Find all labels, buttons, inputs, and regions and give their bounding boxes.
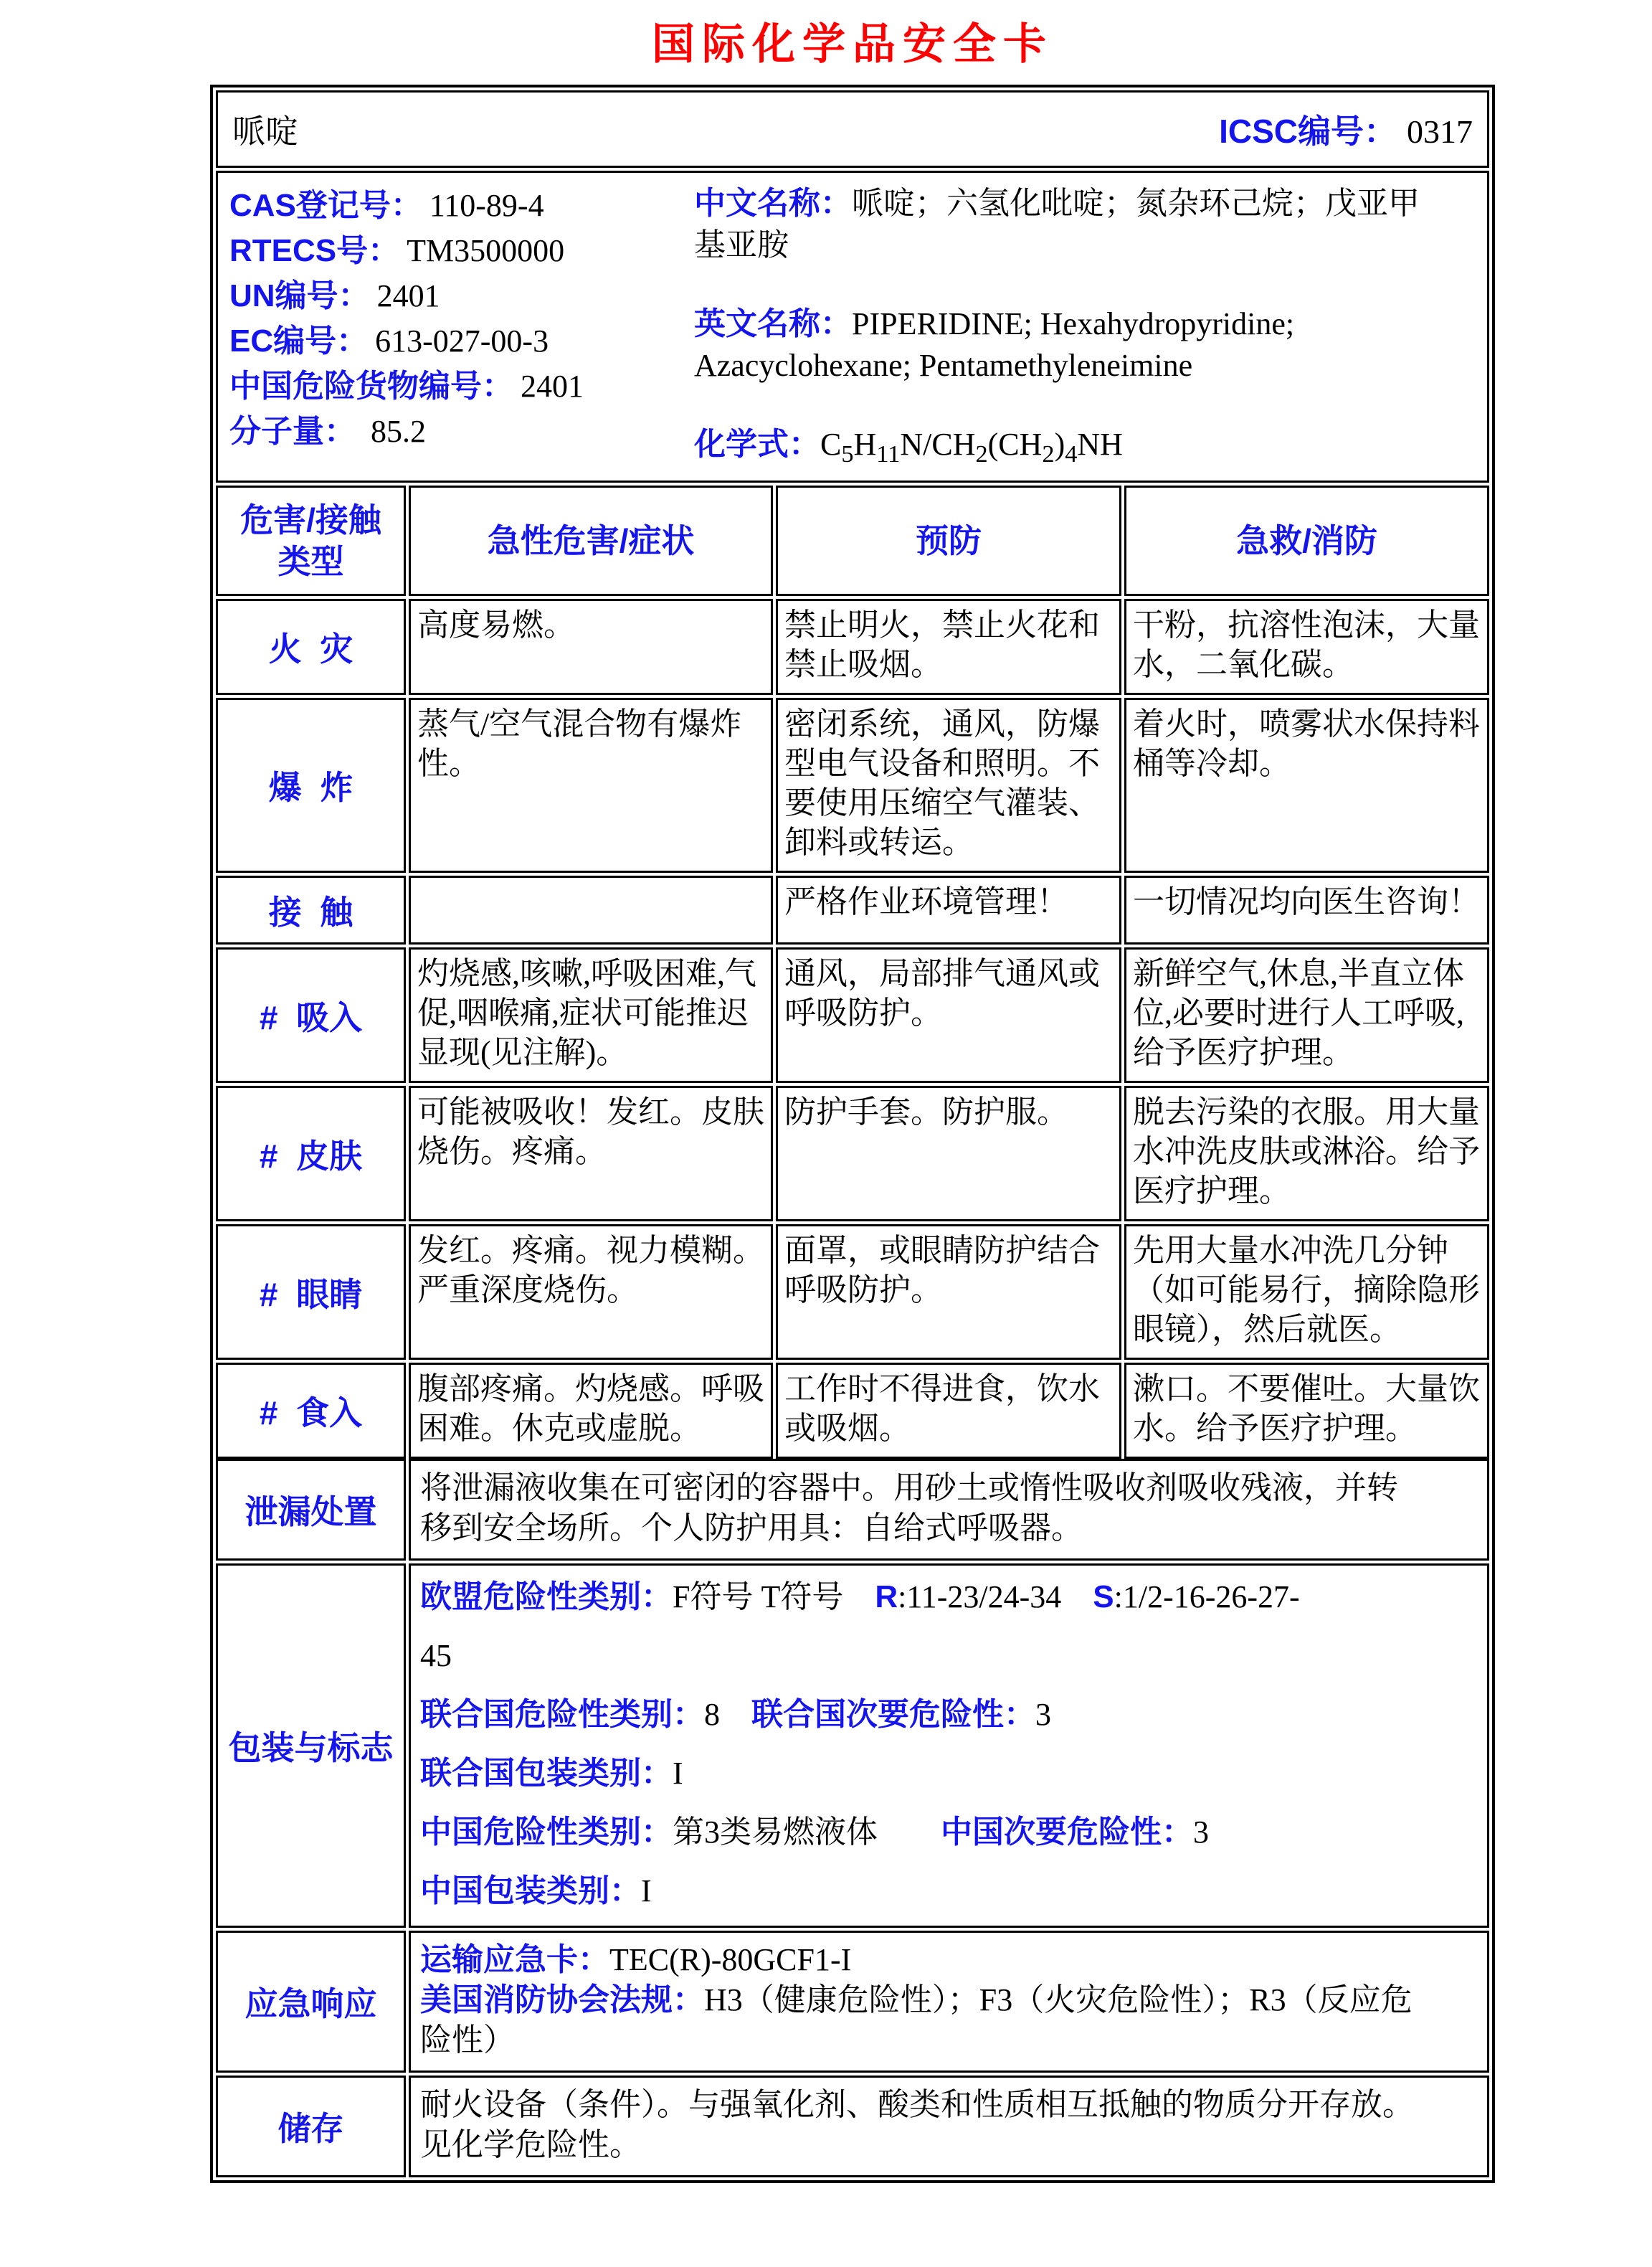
hazard-column-header: 急性危害/症状 [409,486,773,596]
response-cell: 先用大量水冲洗几分钟（如可能易行，摘除隐形眼镜），然后就医。 [1124,1224,1489,1360]
inline-label: R [875,1579,898,1614]
hazard-type-cell: 火 灾 [216,599,406,695]
symptom-cell: 发红。疼痛。视力模糊。严重深度烧伤。 [409,1224,773,1360]
response-cell: 一切情况均向医生咨询！ [1124,876,1489,945]
formula-subscript: 4 [1065,440,1077,468]
identifier-row: CAS登记号：110-89-4 [229,183,694,228]
formula-subscript: 11 [876,440,900,468]
hazard-row: 火 灾高度易燃。禁止明火，禁止火花和禁止吸烟。干粉，抗溶性泡沫，大量水，二氧化碳… [216,599,1489,695]
inline-text: 3 [1193,1814,1209,1850]
formula-label: 化学式： [694,427,820,462]
formula-segment: NH [1077,427,1123,462]
prevention-cell: 禁止明火，禁止火花和禁止吸烟。 [776,599,1121,695]
chinese-name-label: 中文名称： [694,186,852,221]
identifier-value: TM3500000 [407,233,564,268]
inline-label: 中国包装类别： [420,1873,641,1908]
section-label: 泄漏处置 [216,1459,406,1561]
inline-label: 美国消防协会法规： [420,1982,704,2017]
symptom-cell: 腹部疼痛。灼烧感。呼吸困难。休克或虚脱。 [409,1363,773,1459]
text-line: 将泄漏液收集在可密闭的容器中。用砂土或惰性吸收剂吸收残液，并转移到安全场所。个人… [420,1468,1415,1548]
section-content: 欧盟危险性类别：F符号 T符号 R:11-23/24-34 S:1/2-16-2… [409,1563,1489,1928]
response-cell: 漱口。不要催吐。大量饮水。给予医疗护理。 [1124,1363,1489,1459]
hazard-column-header: 急救/消防 [1124,486,1489,596]
inline-text: I [641,1873,652,1908]
section-row: 储存耐火设备（条件）。与强氧化剂、酸类和性质相互抵触的物质分开存放。见化学危险性… [216,2076,1489,2177]
inline-label: 中国危险性类别： [420,1814,673,1850]
inline-text: :11-23/24-34 [898,1579,1093,1614]
header-box: 哌啶 ICSC编号：0317 [216,90,1489,168]
inline-text: 45 [420,1638,452,1673]
prevention-cell: 工作时不得进食，饮水或吸烟。 [776,1363,1121,1459]
response-cell: 着火时，喷雾状水保持料桶等冷却。 [1124,698,1489,873]
hazard-row: 接 触严格作业环境管理！一切情况均向医生咨询！ [216,876,1489,945]
section-row: 应急响应运输应急卡：TEC(R)-80GCF1-I美国消防协会法规：H3（健康危… [216,1931,1489,2073]
formula-segment: C [820,427,841,462]
formula-subscript: 2 [975,440,987,468]
identifier-row: UN编号：2401 [229,273,694,318]
text-line: 欧盟危险性类别：F符号 T符号 R:11-23/24-34 S:1/2-16-2… [420,1577,1415,1617]
prevention-cell: 通风，局部排气通风或呼吸防护。 [776,947,1121,1083]
symptom-cell: 蒸气/空气混合物有爆炸性。 [409,698,773,873]
prevention-cell: 面罩，或眼睛防护结合呼吸防护。 [776,1224,1121,1360]
section-content: 运输应急卡：TEC(R)-80GCF1-I美国消防协会法规：H3（健康危险性）；… [409,1931,1489,2073]
section-row: 泄漏处置将泄漏液收集在可密闭的容器中。用砂土或惰性吸收剂吸收残液，并转移到安全场… [216,1459,1489,1561]
names-block: 中文名称：哌啶；六氢化吡啶；氮杂环己烷；戊亚甲基亚胺 英文名称：PIPERIDI… [694,183,1433,468]
formula-value: C5H11N/CH2(CH2)4NH [820,427,1123,462]
icsc-card: 哌啶 ICSC编号：0317 CAS登记号：110-89-4RTECS号：TM3… [210,85,1495,2183]
formula-segment: (CH [988,427,1043,462]
inline-label: 运输应急卡： [420,1942,609,1977]
hazard-row: # 吸入灼烧感,咳嗽,呼吸困难,气促,咽喉痛,症状可能推迟显现(见注解)。通风，… [216,947,1489,1083]
inline-label: 欧盟危险性类别： [420,1579,673,1614]
prevention-cell: 密闭系统，通风，防爆型电气设备和照明。不要使用压缩空气灌装、卸料或转运。 [776,698,1121,873]
hazard-row: # 皮肤可能被吸收！发红。皮肤烧伤。疼痛。防护手套。防护服。脱去污染的衣服。用大… [216,1086,1489,1221]
text-line: 美国消防协会法规：H3（健康危险性）；F3（火灾危险性）；R3（反应危险性） [420,1980,1415,2060]
inline-text: I [673,1756,683,1791]
response-cell: 脱去污染的衣服。用大量水冲洗皮肤或淋浴。给予医疗护理。 [1124,1086,1489,1221]
symptom-cell [409,876,773,945]
identifier-row: 分子量： 85.2 [229,409,694,454]
inline-label: S [1093,1579,1114,1614]
hazard-row: # 眼睛发红。疼痛。视力模糊。严重深度烧伤。面罩，或眼睛防护结合呼吸防护。先用大… [216,1224,1489,1360]
symptom-cell: 高度易燃。 [409,599,773,695]
text-line: 联合国危险性类别：8 联合国次要危险性：3 [420,1695,1415,1735]
chemical-formula: 化学式：C5H11N/CH2(CH2)4NH [694,424,1433,468]
formula-segment: ) [1055,427,1065,462]
prevention-cell: 防护手套。防护服。 [776,1086,1121,1221]
inline-text: 3 [1035,1697,1051,1732]
symptom-cell: 可能被吸收！发红。皮肤烧伤。疼痛。 [409,1086,773,1221]
header-row: 哌啶 ICSC编号：0317 [216,90,1489,168]
english-name: 英文名称：PIPERIDINE; Hexahydropyridine; Azac… [694,303,1433,387]
info-box: CAS登记号：110-89-4RTECS号：TM3500000UN编号：2401… [216,171,1489,483]
english-name-label: 英文名称： [694,306,852,341]
info-row: CAS登记号：110-89-4RTECS号：TM3500000UN编号：2401… [216,171,1489,483]
formula-segment: N/CH [900,427,975,462]
identifier-value: 85.2 [363,414,426,449]
hazard-type-cell: # 眼睛 [216,1224,406,1360]
identifier-label: RTECS号： [229,233,399,268]
inline-label: 中国次要危险性： [941,1814,1193,1850]
identifier-label: 中国危险货物编号： [229,369,513,404]
chinese-name: 中文名称：哌啶；六氢化吡啶；氮杂环己烷；戊亚甲基亚胺 [694,183,1433,266]
hazard-row: 爆 炸蒸气/空气混合物有爆炸性。密闭系统，通风，防爆型电气设备和照明。不要使用压… [216,698,1489,873]
inline-label: 联合国次要危险性： [751,1697,1035,1732]
substance-name: 哌啶 [232,105,298,153]
identifiers: CAS登记号：110-89-4RTECS号：TM3500000UN编号：2401… [229,183,694,468]
identifier-row: EC编号：613-027-00-3 [229,318,694,364]
identifier-row: RTECS号：TM3500000 [229,228,694,273]
hazard-column-header: 危害/接触 类型 [216,486,406,596]
response-cell: 干粉，抗溶性泡沫，大量水，二氧化碳。 [1124,599,1489,695]
inline-label: 联合国包装类别： [420,1756,673,1791]
prevention-cell: 严格作业环境管理！ [776,876,1121,945]
text-line: 45 [420,1636,1415,1676]
inline-text: 8 [704,1697,751,1732]
identifier-label: CAS登记号： [229,188,422,223]
hazard-type-cell: 接 触 [216,876,406,945]
icsc-value: 0317 [1407,113,1473,150]
formula-segment: H [854,427,877,462]
section-label: 包装与标志 [216,1563,406,1928]
hazard-table-header: 危害/接触 类型急性危害/症状预防急救/消防 [216,486,1489,596]
text-line: 运输应急卡：TEC(R)-80GCF1-I [420,1940,1415,1980]
hazard-rows: 火 灾高度易燃。禁止明火，禁止火花和禁止吸烟。干粉，抗溶性泡沫，大量水，二氧化碳… [216,599,1489,1459]
identifier-value: 613-027-00-3 [375,323,549,359]
hazard-type-cell: # 皮肤 [216,1086,406,1221]
section-label: 应急响应 [216,1931,406,2073]
identifier-label: UN编号： [229,278,370,313]
page-title: 国际化学品安全卡 [210,0,1495,72]
hazard-type-cell: # 吸入 [216,947,406,1083]
section-label: 储存 [216,2076,406,2177]
page: 国际化学品安全卡 哌啶 ICSC编号：0317 CAS登记号：110-89-4R… [0,0,1652,2267]
inline-text: 第3类易燃液体 [673,1814,941,1850]
inline-text: 耐火设备（条件）。与强氧化剂、酸类和性质相互抵触的物质分开存放。见化学危险性。 [420,2087,1414,2162]
identifier-label: 分子量： [229,414,356,449]
text-line: 中国包装类别：I [420,1871,1415,1911]
text-line: 耐火设备（条件）。与强氧化剂、酸类和性质相互抵触的物质分开存放。见化学危险性。 [420,2085,1415,2165]
text-line: 联合国包装类别：I [420,1754,1415,1794]
identifier-value: 110-89-4 [429,188,544,223]
identifier-value: 2401 [377,278,440,313]
inline-text: F符号 T符号 [673,1579,875,1614]
inline-text: TEC(R)-80GCF1-I [609,1942,851,1977]
formula-subscript: 5 [841,440,853,468]
inline-text: 将泄漏液收集在可密闭的容器中。用砂土或惰性吸收剂吸收残液，并转移到安全场所。个人… [420,1470,1398,1546]
text-line: 中国危险性类别：第3类易燃液体 中国次要危险性：3 [420,1812,1415,1852]
icsc-label: ICSC编号： [1219,113,1397,150]
hazard-row: # 食入腹部疼痛。灼烧感。呼吸困难。休克或虚脱。工作时不得进食，饮水或吸烟。漱口… [216,1363,1489,1459]
icsc-number: ICSC编号：0317 [1219,105,1473,153]
hazard-column-header: 预防 [776,486,1121,596]
inline-label: 联合国危险性类别： [420,1697,704,1732]
symptom-cell: 灼烧感,咳嗽,呼吸困难,气促,咽喉痛,症状可能推迟显现(见注解)。 [409,947,773,1083]
identifier-value: 2401 [521,369,584,404]
hazard-type-cell: # 食入 [216,1363,406,1459]
section-content: 耐火设备（条件）。与强氧化剂、酸类和性质相互抵触的物质分开存放。见化学危险性。 [409,2076,1489,2177]
identifier-row: 中国危险货物编号：2401 [229,364,694,409]
section-row: 包装与标志欧盟危险性类别：F符号 T符号 R:11-23/24-34 S:1/2… [216,1563,1489,1928]
identifier-label: EC编号： [229,323,368,359]
response-cell: 新鲜空气,休息,半直立体位,必要时进行人工呼吸,给予医疗护理。 [1124,947,1489,1083]
section-content: 将泄漏液收集在可密闭的容器中。用砂土或惰性吸收剂吸收残液，并转移到安全场所。个人… [409,1459,1489,1561]
formula-subscript: 2 [1042,440,1054,468]
inline-text: :1/2-16-26-27- [1114,1579,1300,1614]
hazard-type-cell: 爆 炸 [216,698,406,873]
bottom-sections: 泄漏处置将泄漏液收集在可密闭的容器中。用砂土或惰性吸收剂吸收残液，并转移到安全场… [216,1459,1489,2177]
